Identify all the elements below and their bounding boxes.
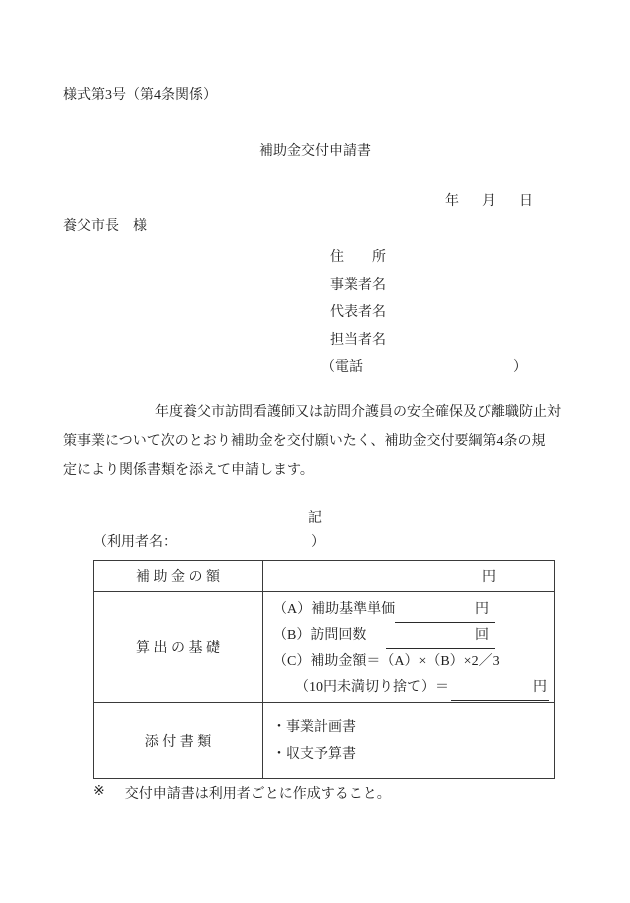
user-name-field: （利用者名： ） <box>93 531 325 551</box>
phone-field: （電話 ） <box>321 354 527 382</box>
subsidy-table: 補 助 金 の 額 円 算 出 の 基 礎 （A）補助基準単価 円 （B）訪問回… <box>93 560 555 779</box>
contact-person-label: 担当者名 <box>330 327 386 355</box>
footnote-marker: ※ <box>93 783 105 803</box>
document-page: 様式第3号（第4条関係） 補助金交付申請書 年 月 日 養父市長 様 住 所 事… <box>0 0 630 903</box>
calc-line-c2-blank: 円 <box>451 676 549 701</box>
calc-line-c2-label: （10円未満切り捨て）＝ <box>295 675 449 701</box>
table-row-amount: 補 助 金 の 額 円 <box>94 561 555 592</box>
addressee: 養父市長 様 <box>63 215 147 235</box>
body-line: 定により関係書類を添えて申請します。 <box>63 456 567 485</box>
calc-line-b-label: （B）訪問回数 <box>273 623 366 649</box>
business-name-label: 事業者名 <box>330 272 386 300</box>
section-marker: 記 <box>0 507 630 527</box>
basis-value-cell: （A）補助基準単価 円 （B）訪問回数 回 （C）補助金額＝（A）×（B）×2／… <box>263 592 555 703</box>
applicant-fields: 住 所 事業者名 代表者名 担当者名 <box>330 244 386 354</box>
date-line: 年 月 日 <box>445 190 533 210</box>
date-year-label: 年 <box>445 190 459 210</box>
amount-row-label: 補 助 金 の 額 <box>94 561 263 592</box>
attachment-item: ・収支予算書 <box>272 741 553 768</box>
footnote-text: 交付申請書は利用者ごとに作成すること。 <box>125 783 391 803</box>
user-name-close-paren: ） <box>311 531 325 551</box>
form-number: 様式第3号（第4条関係） <box>63 84 217 104</box>
calc-line-c1: （C）補助金額＝（A）×（B）×2／3 <box>264 649 553 675</box>
calc-line-a-blank: 円 <box>395 598 495 623</box>
document-title: 補助金交付申請書 <box>0 140 630 160</box>
basis-row-label: 算 出 の 基 礎 <box>94 592 263 703</box>
date-day-label: 日 <box>519 190 533 210</box>
body-line: 年度養父市訪問看護師又は訪問介護員の安全確保及び離職防止対 <box>63 398 567 427</box>
calc-line-a-label: （A）補助基準単価 <box>273 597 395 623</box>
phone-label: （電話 <box>321 354 363 382</box>
amount-value-cell: 円 <box>263 561 555 592</box>
calc-line-c2: （10円未満切り捨て）＝ 円 <box>264 675 553 701</box>
date-month-label: 月 <box>482 190 496 210</box>
table-row-attachments: 添 付 書 類 ・事業計画書 ・収支予算書 <box>94 703 555 779</box>
address-label: 住 所 <box>330 244 386 272</box>
body-paragraph: 年度養父市訪問看護師又は訪問介護員の安全確保及び離職防止対 策事業について次のと… <box>63 398 567 485</box>
phone-close-paren: ） <box>513 354 527 382</box>
user-name-open: （利用者名： <box>93 531 177 551</box>
table-row-basis: 算 出 の 基 礎 （A）補助基準単価 円 （B）訪問回数 回 （C）補助金額＝… <box>94 592 555 703</box>
calc-line-a: （A）補助基準単価 円 <box>264 597 553 623</box>
attachments-value-cell: ・事業計画書 ・収支予算書 <box>263 703 555 779</box>
attachment-item: ・事業計画書 <box>272 714 553 741</box>
attachments-row-label: 添 付 書 類 <box>94 703 263 779</box>
body-line: 策事業について次のとおり補助金を交付願いたく、補助金交付要綱第4条の規 <box>63 427 567 456</box>
calc-line-b-blank: 回 <box>386 624 495 649</box>
footnote: ※ 交付申請書は利用者ごとに作成すること。 <box>93 783 391 803</box>
calc-line-b: （B）訪問回数 回 <box>264 623 553 649</box>
representative-name-label: 代表者名 <box>330 299 386 327</box>
